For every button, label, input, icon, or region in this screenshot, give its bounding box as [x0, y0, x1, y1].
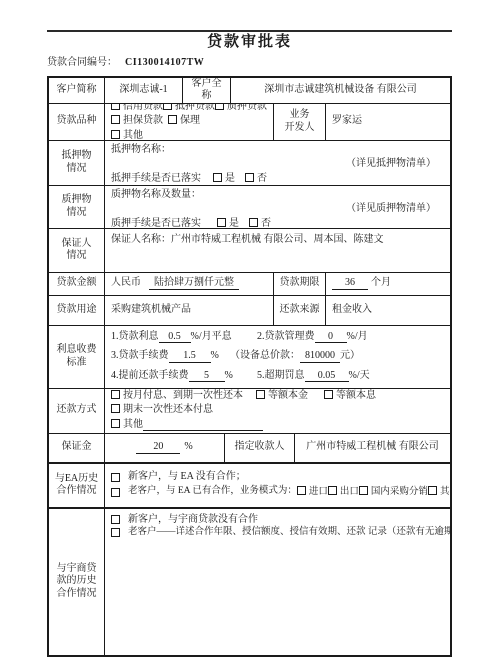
- no-label: 否: [257, 173, 267, 184]
- repay-source-label: 还款来源: [273, 296, 325, 325]
- amount-content: 人民币 陆拾肆万捌仟元整: [104, 273, 273, 295]
- loan-type-option: 担保贷款: [111, 115, 168, 128]
- other-blank-line[interactable]: [143, 420, 263, 431]
- term-label: 贷款期限: [273, 273, 325, 295]
- fee-prefix: 3.贷款手续费: [111, 350, 169, 361]
- mode-option: 国内采购分销: [359, 486, 428, 499]
- fees-label: 利息收费 标准: [49, 326, 104, 388]
- option-label: 国内采购分销: [371, 487, 428, 497]
- developer-label: 业务 开发人: [273, 104, 325, 140]
- row-mortgage: 抵押物 情况 抵押物名称： （详见抵押物清单） 抵押手续是否已落实 是 否: [49, 140, 450, 185]
- no-option: 否: [245, 173, 267, 185]
- repayment-option: 按月付息、到期一次性还本: [111, 390, 243, 403]
- checkbox[interactable]: [111, 130, 120, 139]
- loan-type-options: 信用贷款 抵押贷款 质押贷款 担保贷款 保理 其他: [104, 104, 273, 140]
- fee-value: 0: [315, 331, 347, 344]
- ea-history-label: 与EA历史 合作情况: [49, 464, 104, 507]
- customer-full-value: 深圳市志诚建筑机械设备 有限公司: [230, 78, 450, 103]
- customer-short-value: 深圳志诚-1: [104, 78, 182, 103]
- checkbox[interactable]: [324, 390, 333, 399]
- checkbox[interactable]: [256, 390, 265, 399]
- option-label: 老客户，与 EA 已有合作，业务模式为：: [128, 486, 297, 498]
- page-title: 贷款审批表: [47, 32, 452, 52]
- option-label: 按月付息、到期一次性还本: [123, 390, 243, 401]
- customer-full-label: 客户全称: [182, 78, 230, 103]
- mortgage-name-label: 抵押物名称：: [111, 144, 444, 157]
- checkbox[interactable]: [217, 218, 226, 227]
- contract-number-value: CI130014107TW: [125, 57, 204, 70]
- pledge-content: 质押物名称及数量： （详见质押物清单） 质押手续是否已落实 是 否: [104, 186, 450, 228]
- pledge-detail-note: （详见质押物清单）: [346, 203, 444, 216]
- amount-label: 贷款金额: [49, 273, 104, 295]
- checkbox[interactable]: [328, 486, 337, 495]
- checkbox[interactable]: [249, 218, 258, 227]
- checkbox[interactable]: [111, 104, 120, 110]
- developer-value: 罗家运: [325, 104, 450, 140]
- yushang-option-1: 新客户，与宇商贷款没有合作: [111, 514, 444, 527]
- term-unit: 个月: [371, 277, 391, 290]
- fee-suffix: %/月平息: [191, 331, 232, 342]
- yes-option: 是: [213, 173, 235, 185]
- deposit-value-cell: 20 %: [104, 434, 224, 462]
- mortgage-confirm-label: 抵押手续是否已落实: [111, 173, 201, 185]
- option-label: 抵押贷款: [175, 104, 215, 112]
- purpose-value: 采购建筑机械产品: [104, 296, 273, 325]
- loan-type-label: 贷款品种: [49, 104, 104, 140]
- row-loan-type: 贷款品种 信用贷款 抵押贷款 质押贷款 担保贷款 保理 其他 业务 开发人 罗家…: [49, 103, 450, 140]
- fee-item: 2.贷款管理费0%/月: [257, 331, 368, 344]
- loan-type-options-row3: 其他: [111, 130, 267, 140]
- loan-type-option: 保理: [168, 115, 200, 128]
- repayment-options: 按月付息、到期一次性还本 等额本金 等额本息 期末一次性还本付息 其他: [104, 389, 450, 433]
- term-content: 36 个月: [325, 273, 450, 295]
- row-ea-history: 与EA历史 合作情况 新客户，与 EA 没有合作； 老客户，与 EA 已有合作，…: [49, 462, 450, 507]
- loan-type-options-row1: 信用贷款 抵押贷款 质押贷款: [111, 104, 267, 114]
- pledge-confirm-line: 质押手续是否已落实 是 否: [111, 218, 444, 228]
- mode-option: 进口: [297, 486, 328, 499]
- other-blank-line[interactable]: [143, 131, 251, 140]
- row-yushang-history: 与宇商贷 款的历史 合作情况 新客户，与宇商贷款没有合作 老客户——详述合作年限…: [49, 507, 450, 655]
- checkbox[interactable]: [215, 104, 224, 110]
- fee-line-1: 1.贷款利息0.5%/月平息 2.贷款管理费0%/月: [111, 331, 444, 344]
- row-guarantor: 保证人 情况 保证人名称：广州市特威工程机械 有限公司、周本国、陈建文: [49, 228, 450, 272]
- checkbox[interactable]: [245, 173, 254, 182]
- fee-suffix: %: [211, 350, 219, 361]
- repayment-option-other: 其他: [111, 419, 143, 432]
- deposit-unit: %: [184, 441, 192, 454]
- yes-option: 是: [217, 218, 239, 228]
- checkbox[interactable]: [111, 390, 120, 399]
- row-customer: 客户简称 深圳志诚-1 客户全称 深圳市志诚建筑机械设备 有限公司: [49, 78, 450, 103]
- yushang-history-content: 新客户，与宇商贷款没有合作 老客户——详述合作年限、授信额度、授信有效期、还款 …: [104, 509, 450, 655]
- checkbox[interactable]: [213, 173, 222, 182]
- fee-item: 1.贷款利息0.5%/月平息: [111, 331, 257, 344]
- mode-option: 其他: [428, 486, 450, 499]
- customer-short-label: 客户简称: [49, 78, 104, 103]
- fee-value: 5: [189, 370, 225, 383]
- checkbox[interactable]: [111, 419, 120, 428]
- fee-item: 3.贷款手续费1.5%: [111, 350, 230, 363]
- loan-type-option: 信用贷款: [111, 104, 163, 114]
- fee-prefix: 1.贷款利息: [111, 331, 159, 342]
- loan-type-options-row2: 担保贷款 保理: [111, 115, 267, 128]
- option-label: 担保贷款: [123, 115, 163, 126]
- loan-type-option-other: 其他: [111, 130, 143, 140]
- yushang-history-label: 与宇商贷 款的历史 合作情况: [49, 509, 104, 655]
- option-label: 进口: [309, 487, 328, 497]
- loan-approval-form: 贷款审批表 贷款合同编号： CI130014107TW 客户简称 深圳志诚-1 …: [0, 0, 500, 657]
- option-label: 等额本息: [336, 390, 376, 401]
- deposit-value: 20: [136, 441, 180, 454]
- row-fees: 利息收费 标准 1.贷款利息0.5%/月平息 2.贷款管理费0%/月 3.贷款手…: [49, 325, 450, 388]
- fee-suffix: %/月: [347, 331, 368, 342]
- fee-suffix: 元）: [340, 350, 360, 361]
- option-label: 新客户，与宇商贷款没有合作: [128, 514, 258, 527]
- option-label: 保理: [180, 115, 200, 126]
- fees-content: 1.贷款利息0.5%/月平息 2.贷款管理费0%/月 3.贷款手续费1.5% （…: [104, 326, 450, 388]
- option-label: 出口: [340, 487, 359, 497]
- checkbox[interactable]: [163, 104, 172, 110]
- mortgage-detail-note: （详见抵押物清单）: [346, 158, 444, 171]
- payee-value: 广州市特威工程机械 有限公司: [294, 434, 450, 462]
- checkbox[interactable]: [359, 486, 368, 495]
- fee-prefix: 5.超期罚息: [257, 370, 305, 381]
- yushang-option-2: 老客户——详述合作年限、授信额度、授信有效期、还款 记录（还款有无逾期）：: [111, 527, 444, 539]
- repayment-options-row2: 期末一次性还本付息: [111, 404, 444, 417]
- ea-option-1: 新客户，与 EA 没有合作；: [111, 471, 444, 484]
- equipment-price-item: （设备总价款：810000元）: [230, 350, 360, 363]
- checkbox[interactable]: [111, 515, 120, 524]
- ea-option-2: 老客户，与 EA 已有合作，业务模式为： 进口 出口 国内采购分销 其他: [111, 486, 444, 499]
- contract-number-label: 贷款合同编号：: [47, 57, 117, 70]
- checkbox[interactable]: [111, 115, 120, 124]
- yes-label: 是: [225, 173, 235, 184]
- fee-line-3: 4.提前还款手续费5% 5.超期罚息0.05%/天: [111, 370, 444, 383]
- guarantor-content: 保证人名称：广州市特威工程机械 有限公司、周本国、陈建文: [104, 229, 450, 272]
- repayment-option: 期末一次性还本付息: [111, 404, 213, 417]
- repayment-options-row3: 其他: [111, 419, 444, 432]
- checkbox[interactable]: [428, 486, 437, 495]
- option-label: 老客户——详述合作年限、授信额度、授信有效期、还款 记录（还款有无逾期）：: [128, 527, 450, 539]
- equipment-price-value: 810000: [300, 350, 340, 363]
- option-label: 质押贷款: [227, 104, 267, 112]
- option-label: 其他: [123, 130, 143, 140]
- purpose-label: 贷款用途: [49, 296, 104, 325]
- fee-prefix: 4.提前还款手续费: [111, 370, 189, 381]
- row-deposit: 保证金 20 % 指定收款人 广州市特威工程机械 有限公司: [49, 433, 450, 462]
- checkbox[interactable]: [111, 404, 120, 413]
- repay-source-value: 租金收入: [325, 296, 450, 325]
- pledge-name-label: 质押物名称及数量：: [111, 189, 444, 202]
- amount-words-value: 陆拾肆万捌仟元整: [149, 277, 239, 290]
- mode-option: 出口: [328, 486, 359, 499]
- row-repayment: 还款方式 按月付息、到期一次性还本 等额本金 等额本息 期末一次性还本付息 其他: [49, 388, 450, 433]
- checkbox[interactable]: [111, 488, 120, 497]
- payee-label: 指定收款人: [224, 434, 294, 462]
- row-purpose: 贷款用途 采购建筑机械产品 还款来源 租金收入: [49, 295, 450, 325]
- fee-prefix: （设备总价款：: [230, 350, 300, 361]
- repayment-label: 还款方式: [49, 389, 104, 433]
- form-table: 客户简称 深圳志诚-1 客户全称 深圳市志诚建筑机械设备 有限公司 贷款品种 信…: [47, 76, 452, 657]
- option-label: 期末一次性还本付息: [123, 404, 213, 415]
- fee-item: 4.提前还款手续费5%: [111, 370, 257, 383]
- pledge-confirm-label: 质押手续是否已落实: [111, 218, 201, 228]
- fee-suffix: %/天: [349, 370, 370, 381]
- option-label: 等额本金: [268, 390, 308, 401]
- mortgage-content: 抵押物名称： （详见抵押物清单） 抵押手续是否已落实 是 否: [104, 141, 450, 185]
- mortgage-confirm-line: 抵押手续是否已落实 是 否: [111, 173, 444, 185]
- checkbox[interactable]: [111, 473, 120, 482]
- loan-type-option: 质押贷款: [215, 104, 267, 114]
- fee-line-2: 3.贷款手续费1.5% （设备总价款：810000元）: [111, 350, 444, 363]
- ea-history-content: 新客户，与 EA 没有合作； 老客户，与 EA 已有合作，业务模式为： 进口 出…: [104, 464, 450, 507]
- deposit-label: 保证金: [49, 434, 104, 462]
- loan-type-option: 抵押贷款: [163, 104, 215, 114]
- option-label: 其他: [123, 419, 143, 430]
- checkbox[interactable]: [111, 528, 120, 537]
- guarantor-label: 保证人 情况: [49, 229, 104, 272]
- no-option: 否: [249, 218, 271, 228]
- mortgage-label: 抵押物 情况: [49, 141, 104, 185]
- checkbox[interactable]: [168, 115, 177, 124]
- row-amount: 贷款金额 人民币 陆拾肆万捌仟元整 贷款期限 36 个月: [49, 272, 450, 295]
- fee-suffix: %: [225, 370, 233, 381]
- pledge-label: 质押物 情况: [49, 186, 104, 228]
- yes-label: 是: [229, 218, 239, 228]
- contract-number-line: 贷款合同编号： CI130014107TW: [47, 57, 452, 70]
- row-pledge: 质押物 情况 质押物名称及数量： （详见质押物清单） 质押手续是否已落实 是 否: [49, 185, 450, 228]
- currency-label: 人民币: [111, 277, 141, 290]
- repayment-option: 等额本息: [324, 390, 376, 403]
- term-value: 36: [332, 277, 368, 290]
- option-label: 其他: [440, 487, 450, 497]
- option-label: 新客户，与 EA 没有合作；: [128, 471, 246, 484]
- fee-value: 1.5: [169, 350, 211, 363]
- no-label: 否: [261, 218, 271, 228]
- option-label: 信用贷款: [123, 104, 163, 112]
- repayment-options-row1: 按月付息、到期一次性还本 等额本金 等额本息: [111, 390, 444, 403]
- fee-prefix: 2.贷款管理费: [257, 331, 315, 342]
- fee-value: 0.5: [159, 331, 191, 344]
- fee-value: 0.05: [305, 370, 349, 383]
- fee-item: 5.超期罚息0.05%/天: [257, 370, 370, 383]
- repayment-option: 等额本金: [256, 390, 308, 403]
- checkbox[interactable]: [297, 486, 306, 495]
